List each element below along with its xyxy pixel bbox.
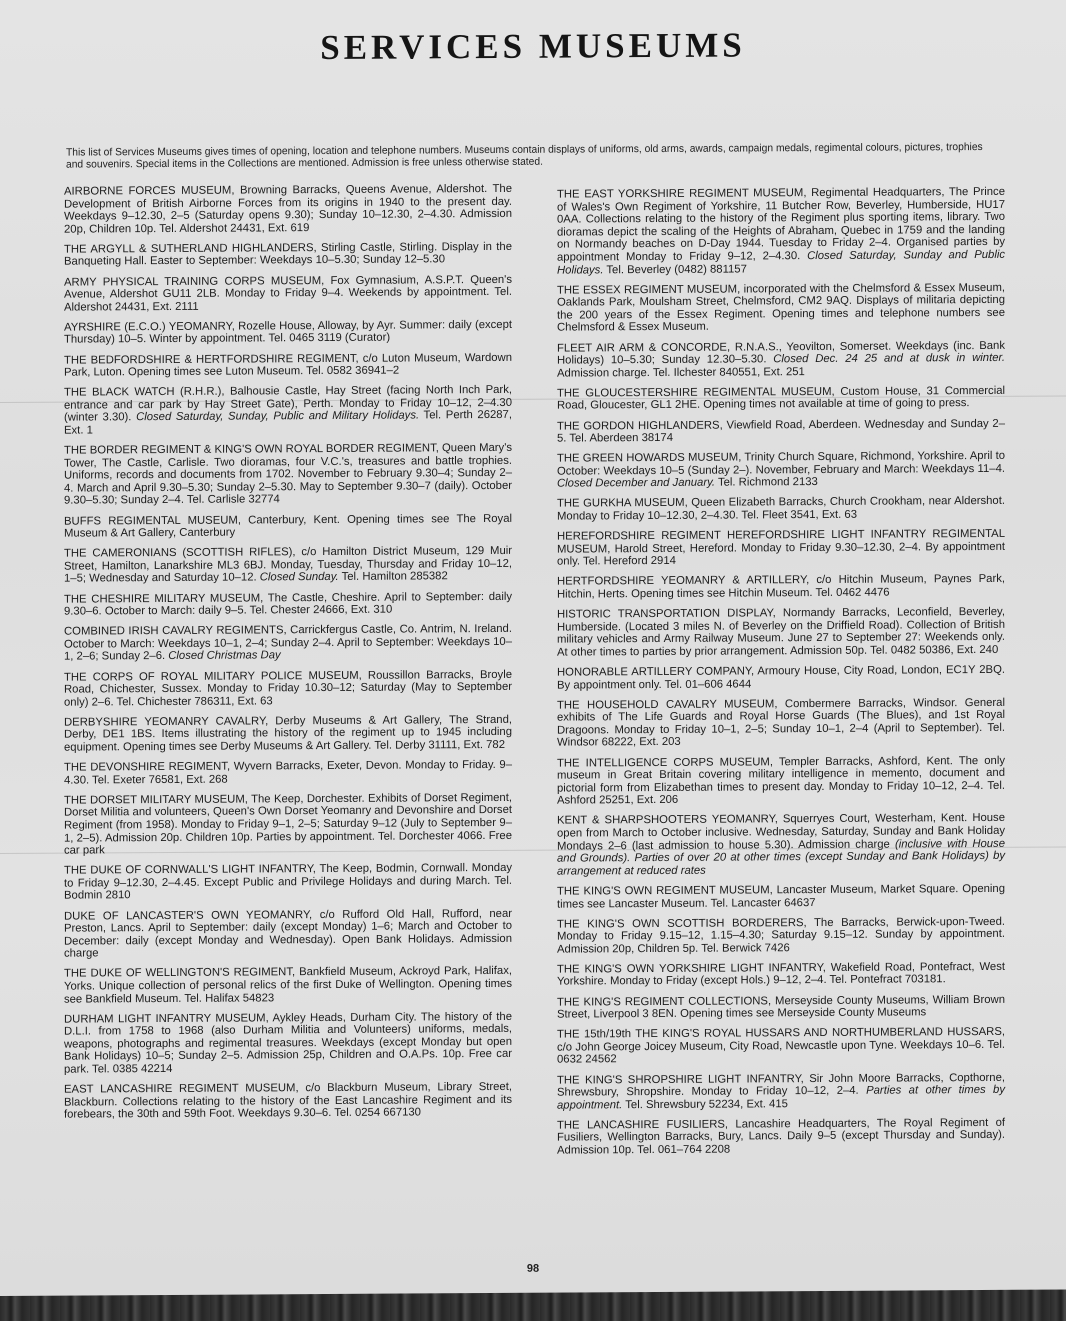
museum-entry: FLEET AIR ARM & CONCORDE, R.N.A.S., Yeov… xyxy=(557,339,1005,380)
museum-name: THE DEVONSHIRE REGIMENT xyxy=(64,761,227,774)
museum-entry: THE CORPS OF ROYAL MILITARY POLICE MUSEU… xyxy=(64,668,512,709)
museum-entry: HERTFORDSHIRE YEOMANRY & ARTILLERY, c/o … xyxy=(557,573,1005,601)
museum-entry: HEREFORDSHIRE REGIMENT HEREFORDSHIRE LIG… xyxy=(557,528,1005,569)
museum-entry: AIRBORNE FORCES MUSEUM, Browning Barrack… xyxy=(64,183,512,236)
museum-name: THE HOUSEHOLD CAVALRY MUSEUM xyxy=(557,698,774,711)
museum-entry: EAST LANCASHIRE REGIMENT MUSEUM, c/o Bla… xyxy=(64,1081,512,1122)
museum-entry: KENT & SHARPSHOOTERS YEOMANRY, Squerryes… xyxy=(557,812,1005,878)
right-column: THE EAST YORKSHIRE REGIMENT MUSEUM, Regi… xyxy=(557,186,1005,1165)
museum-name: THE CAMERONIANS (SCOTTISH RIFLES) xyxy=(64,546,292,559)
left-column: AIRBORNE FORCES MUSEUM, Browning Barrack… xyxy=(64,183,512,1129)
museum-name: THE INTELLIGENCE CORPS MUSEUM xyxy=(557,756,770,769)
museum-entry: HONORABLE ARTILLERY COMPANY, Armoury Hou… xyxy=(557,664,1005,692)
museum-entry: THE BLACK WATCH (R.H.R.), Balhousie Cast… xyxy=(64,384,512,437)
museum-name: THE CORPS OF ROYAL MILITARY POLICE MUSEU… xyxy=(64,669,359,683)
museum-name: THE LANCASHIRE FUSILIERS xyxy=(557,1118,725,1131)
museum-entry: THE KING'S OWN REGIMENT MUSEUM, Lancaste… xyxy=(557,883,1005,911)
museum-entry: BUFFS REGIMENTAL MUSEUM, Canterbury, Ken… xyxy=(64,512,512,540)
museum-name: THE ESSEX REGIMENT MUSEUM xyxy=(557,283,737,296)
museum-entry: THE DORSET MILITARY MUSEUM, The Keep, Do… xyxy=(64,792,512,858)
museum-name: DERBYSHIRE YEOMANRY CAVALRY xyxy=(64,715,265,728)
museum-entry: AYRSHIRE (E.C.O.) YEOMANRY, Rozelle Hous… xyxy=(64,319,512,347)
museum-entry: THE EAST YORKSHIRE REGIMENT MUSEUM, Regi… xyxy=(557,186,1005,277)
museum-entry: THE 15th/19th THE KING'S ROYAL HUSSARS A… xyxy=(557,1026,1005,1067)
museum-name: DUKE OF LANCASTER'S OWN YEOMANRY xyxy=(64,909,309,922)
museum-contact: Tel. Hamilton 285382 xyxy=(339,571,448,584)
museum-name: EAST LANCASHIRE REGIMENT MUSEUM xyxy=(64,1082,295,1095)
page-title: SERVICES MUSEUMS xyxy=(0,23,1066,70)
museum-name: HISTORIC TRANSPORTATION DISPLAY xyxy=(557,607,773,620)
museum-name: COMBINED IRISH CAVALRY REGIMENTS xyxy=(64,624,283,637)
museum-entry: DURHAM LIGHT INFANTRY MUSEUM, Aykley Hea… xyxy=(64,1011,512,1077)
museum-entry: COMBINED IRISH CAVALRY REGIMENTS, Carric… xyxy=(64,623,512,664)
museum-name: THE BLACK WATCH (R.H.R.) xyxy=(64,386,221,399)
museum-name: THE BEDFORDSHIRE & HERTFORDSHIRE REGIMEN… xyxy=(64,352,356,366)
museum-entry: HISTORIC TRANSPORTATION DISPLAY, Normand… xyxy=(557,606,1005,659)
museum-entry: THE DUKE OF WELLINGTON'S REGIMENT, Bankf… xyxy=(64,965,512,1006)
museum-entry: DERBYSHIRE YEOMANRY CAVALRY, Derby Museu… xyxy=(64,714,512,755)
museum-name: THE DUKE OF CORNWALL'S LIGHT INFANTRY xyxy=(64,863,313,877)
museum-entry: THE GURKHA MUSEUM, Queen Elizabeth Barra… xyxy=(557,495,1005,523)
museum-name: DURHAM LIGHT INFANTRY MUSEUM xyxy=(64,1012,266,1025)
museum-entry: THE KING'S OWN SCOTTISH BORDERERS, The B… xyxy=(557,915,1005,956)
museum-note-italic: Closed Dec. 24 25 and at dusk in winter. xyxy=(773,352,1005,365)
museum-name: THE GURKHA MUSEUM xyxy=(557,497,685,510)
museum-contact: Tel. Richmond 2133 xyxy=(715,476,818,489)
museum-entry: THE CAMERONIANS (SCOTTISH RIFLES), c/o H… xyxy=(64,545,512,586)
museum-note-italic: Closed Christmas Day xyxy=(168,650,280,663)
museum-name: THE GORDON HIGHLANDERS xyxy=(557,419,720,432)
museum-name: THE KING'S REGIMENT COLLECTIONS xyxy=(557,995,768,1008)
museum-name: THE CHESHIRE MILITARY MUSEUM xyxy=(64,592,260,605)
museum-entry: THE KING'S OWN YORKSHIRE LIGHT INFANTRY,… xyxy=(557,961,1005,989)
museum-name: AIRBORNE FORCES MUSEUM xyxy=(64,185,231,198)
museum-name: THE GLOUCESTERSHIRE REGIMENTAL MUSEUM xyxy=(557,386,831,400)
museum-entry: THE BEDFORDSHIRE & HERTFORDSHIRE REGIMEN… xyxy=(64,351,512,379)
museum-name: ARMY PHYSICAL TRAINING CORPS MUSEUM xyxy=(64,275,321,289)
museum-name: FLEET AIR ARM & CONCORDE xyxy=(557,341,727,354)
museum-entry: THE HOUSEHOLD CAVALRY MUSEUM, Combermere… xyxy=(557,697,1005,750)
museum-contact: Admission charge. Tel. Ilchester 840551,… xyxy=(557,366,805,380)
museum-entry: THE DUKE OF CORNWALL'S LIGHT INFANTRY, T… xyxy=(64,862,512,903)
museum-entry: THE INTELLIGENCE CORPS MUSEUM, Templer B… xyxy=(557,754,1005,807)
museum-entry: THE GREEN HOWARDS MUSEUM, Trinity Church… xyxy=(557,450,1005,491)
museum-entry: THE BORDER REGIMENT & KING'S OWN ROYAL B… xyxy=(64,442,512,508)
museum-name: AYRSHIRE (E.C.O.) YEOMANRY xyxy=(64,320,232,333)
intro-paragraph: This list of Services Museums gives time… xyxy=(66,141,988,171)
museum-details: , Harold Street, Hereford. Monday to Fri… xyxy=(557,541,1005,568)
museum-name: THE KING'S OWN REGIMENT MUSEUM xyxy=(557,884,770,897)
museum-entry: THE CHESHIRE MILITARY MUSEUM, The Castle… xyxy=(64,590,512,618)
museum-contact: Tel. Shrewsbury 52234, Ext. 415 xyxy=(622,1098,788,1111)
museum-name: THE ARGYLL & SUTHERLAND HIGHLANDERS xyxy=(64,242,314,256)
museum-contact: Tel. Beverley (0482) 881157 xyxy=(603,263,746,276)
page-number: 98 xyxy=(0,1259,1066,1278)
museum-entry: THE DEVONSHIRE REGIMENT, Wyvern Barracks… xyxy=(64,759,512,787)
museum-name: THE DORSET MILITARY MUSEUM xyxy=(64,793,245,806)
museum-name: HERTFORDSHIRE YEOMANRY & ARTILLERY xyxy=(557,575,806,589)
museum-name: HONORABLE ARTILLERY COMPANY xyxy=(557,665,751,678)
museum-name: KENT & SHARPSHOOTERS YEOMANRY xyxy=(557,814,775,827)
museum-entry: THE GLOUCESTERSHIRE REGIMENTAL MUSEUM, C… xyxy=(557,385,1005,413)
museum-entry: THE LANCASHIRE FUSILIERS, Lancashire Hea… xyxy=(557,1117,1005,1158)
museum-name: THE KING'S OWN YORKSHIRE LIGHT INFANTRY xyxy=(557,962,823,976)
museum-name: THE EAST YORKSHIRE REGIMENT MUSEUM xyxy=(557,187,803,201)
museum-entry: THE KING'S REGIMENT COLLECTIONS, Merseys… xyxy=(557,993,1005,1021)
document-page: SERVICES MUSEUMS This list of Services M… xyxy=(0,0,1066,1296)
museum-name: THE GREEN HOWARDS MUSEUM xyxy=(557,452,738,465)
museum-name: THE DUKE OF WELLINGTON'S REGIMENT xyxy=(64,967,292,980)
museum-entry: THE ARGYLL & SUTHERLAND HIGHLANDERS, Sti… xyxy=(64,241,512,269)
museum-name: BUFFS REGIMENTAL MUSEUM xyxy=(64,514,238,527)
museum-name: THE KING'S SHROPSHIRE LIGHT INFANTRY xyxy=(557,1073,801,1086)
museum-entry: THE GORDON HIGHLANDERS, Viewfield Road, … xyxy=(557,417,1005,445)
museum-note-italic: Closed Saturday, Sunday, Public and Mili… xyxy=(136,410,419,424)
museum-entry: DUKE OF LANCASTER'S OWN YEOMANRY, c/o Ru… xyxy=(64,907,512,960)
museum-entry: ARMY PHYSICAL TRAINING CORPS MUSEUM, Fox… xyxy=(64,273,512,314)
museum-entry: THE KING'S SHROPSHIRE LIGHT INFANTRY, Si… xyxy=(557,1071,1005,1112)
museum-note-italic: Closed Sunday. xyxy=(260,571,339,583)
museum-name: THE KING'S OWN SCOTTISH BORDERERS xyxy=(557,917,804,931)
museum-entry: THE ESSEX REGIMENT MUSEUM, incorporated … xyxy=(557,282,1005,335)
museum-note-italic: Closed December and January. xyxy=(557,477,715,490)
